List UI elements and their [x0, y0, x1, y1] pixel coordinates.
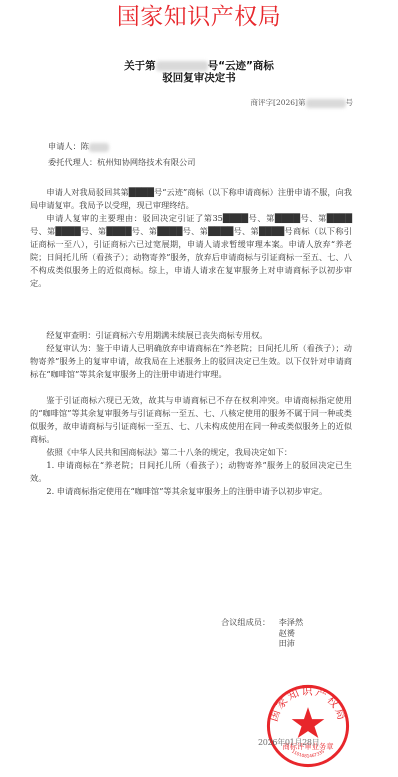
panel-member: 李泽然 [279, 617, 304, 628]
panel-members: 李泽然 赵赟 田沛 [279, 617, 304, 649]
paragraph-grounds: 申请人复审的主要理由：驳回决定引证了第35████号、第████号、第████号… [30, 212, 352, 289]
reference-prefix: 商评字[2026]第 [251, 98, 306, 107]
paragraph-findings: 经复审查明：引证商标六专用期满未续展已丧失商标专用权。 [30, 329, 352, 342]
decision-item-1: 1. 申请商标在“养老院；日间托儿所（看孩子）；动物寄养”服务上的驳回决定已生效… [30, 459, 352, 485]
panel-member: 田沛 [279, 638, 304, 649]
decision-item-2: 2. 申请商标指定使用在“咖啡馆”等其余复审服务上的注册申请予以初步审定。 [30, 485, 352, 498]
title-suffix: 号“云迹”商标 [208, 60, 274, 72]
applicant-row: 申请人：陈 [48, 140, 368, 153]
applicant-name: 陈 [81, 141, 89, 151]
official-seal-icon: 国家知识产权局 商标评审业务章 1101081467335 [265, 683, 351, 769]
reference-number: 商评字[2026]第号 [251, 97, 353, 108]
redacted-application-number [156, 61, 208, 71]
applicant-label: 申请人： [48, 141, 81, 151]
redacted-reference-number [306, 99, 346, 108]
paragraph-intro: 申请人对我局驳回其第████号“云迹”商标（以下称申请商标）注册申请不服，向我局… [30, 186, 352, 212]
paragraph-legal-basis: 依照《中华人民共和国商标法》第二十八条的规定，我局决定如下： [30, 446, 352, 459]
panel-label: 合议组成员： [221, 617, 276, 628]
agent-row: 委托代理人：杭州知协网络技术有限公司 [48, 156, 368, 169]
paragraph-analysis: 鉴于引证商标六现已无效，故其与申请商标已不存在权利冲突。申请商标指定使用的“咖啡… [30, 394, 352, 446]
agent-label: 委托代理人： [48, 157, 97, 167]
decision-title-line2: 驳回复审决定书 [0, 72, 398, 84]
agent-name: 杭州知协网络技术有限公司 [97, 157, 195, 167]
paragraph-opinion: 经复审认为：鉴于申请人已明确放弃申请商标在“养老院；日间托儿所（看孩子）；动物寄… [30, 342, 352, 381]
decision-title-line1: 关于第号“云迹”商标 [0, 60, 398, 72]
review-panel: 合议组成员： 李泽然 赵赟 田沛 [221, 617, 303, 649]
title-prefix: 关于第 [124, 60, 156, 72]
seal-date: 2026年01月28日 [258, 737, 319, 748]
redacted-applicant-name [89, 143, 109, 152]
reference-suffix: 号 [346, 98, 354, 107]
agency-name: 国家知识产权局 [0, 2, 398, 32]
panel-member: 赵赟 [279, 628, 304, 639]
